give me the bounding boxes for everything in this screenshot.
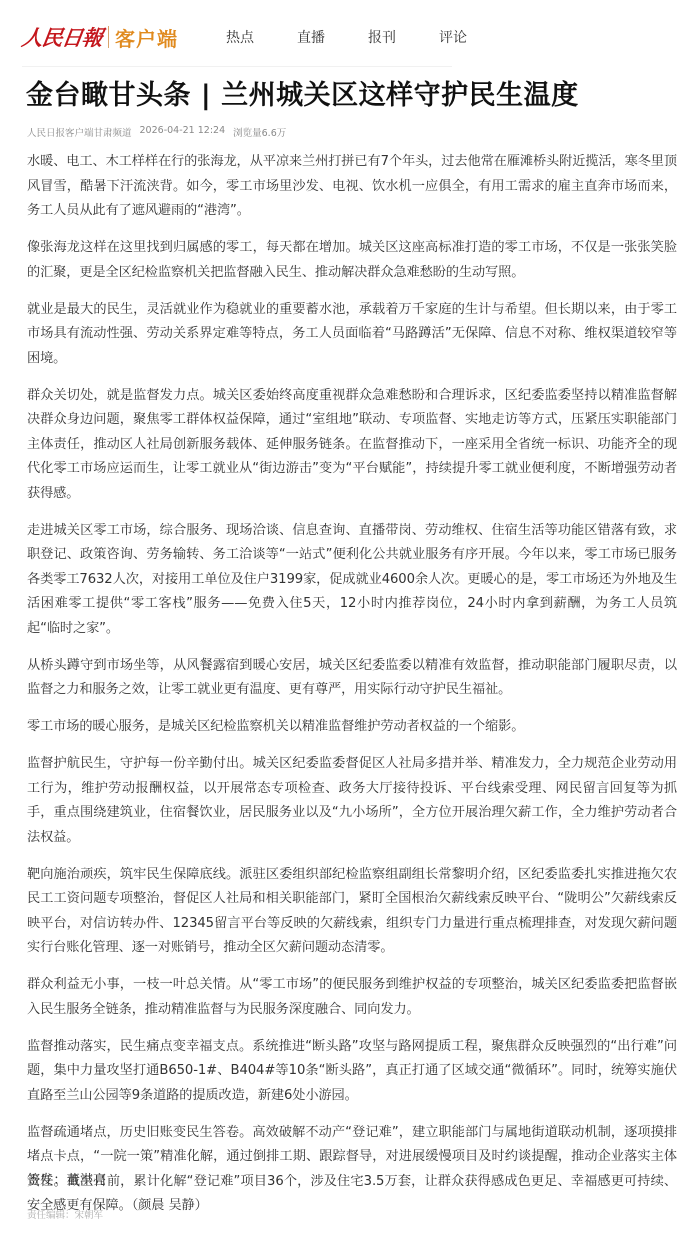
paragraph: 群众利益无小事，一枝一叶总关情。从“零工市场”的便民服务到维护权益的专项整治，城… [27,973,677,1022]
responsible-editor: 责任编辑：宋朝军 [27,1207,103,1221]
paragraph: 走进城关区零工市场，综合服务、现场洽谈、信息查询、直播带岗、劳动维权、住宿生活等… [27,519,677,642]
header-divider [22,66,452,67]
article-datetime: 2026-04-21 12:24 [140,125,226,139]
paragraph: 就业是最大的民生，灵活就业作为稳就业的重要蓄水池，承载着万千家庭的生计与希望。但… [27,298,677,372]
paragraph: 监督疏通堵点，历史旧账变民生答卷。高效破解不动产“登记难”，建立职能部门与属地街… [27,1121,677,1219]
paragraph: 靶向施治顽疾，筑牢民生保障底线。派驻区委组织部纪检监察组副组长常黎明介绍，区纪委… [27,863,677,961]
paragraph: 像张海龙这样在这里找到归属感的零工，每天都在增加。城关区这座高标准打造的零工市场… [27,236,677,285]
article-source[interactable]: 人民日报客户端甘肃频道 [27,125,132,139]
logo-divider [108,26,109,48]
logo-client-text: 客户端 [115,23,178,52]
logo-brand-text: 人民日報 [20,22,104,52]
article-meta: 人民日报客户端甘肃频道 2026-04-21 12:24 浏览量6.6万 [27,125,286,139]
article-body: 水暖、电工、木工样样在行的张海龙，从平凉来兰州打拼已有7个年头，过去他常在雁滩桥… [27,150,677,1231]
nav-item-newspaper[interactable]: 报刊 [368,27,396,47]
nav-item-hot[interactable]: 热点 [226,27,254,47]
paragraph: 从桥头蹲守到市场坐等，从风餐露宿到暖心安居，城关区纪委监委以精准有效监督，推动职… [27,654,677,703]
nav-item-live[interactable]: 直播 [297,27,325,47]
paragraph: 监督护航民生，守护每一份辛勤付出。城关区纪委监委督促区人社局多措并举、精准发力，… [27,752,677,850]
main-nav: 热点 直播 报刊 评论 [226,27,510,47]
article-title: 金台瞰甘头条 | 兰州城关区这样守护民生温度 [26,78,686,114]
paragraph: 零工市场的暖心服务，是城关区纪检监察机关以精准监督维护劳动者权益的一个缩影。 [27,715,677,740]
article-views: 浏览量6.6万 [233,125,286,139]
nav-item-comment[interactable]: 评论 [439,27,467,47]
site-logo[interactable]: 人民日報 客户端 [22,22,178,52]
sign-off: 签发：董洪亮 [27,1169,106,1188]
site-header: 人民日報 客户端 热点 直播 报刊 评论 [0,0,700,80]
paragraph: 监督推动落实，民生痛点变幸福支点。系统推进“断头路”攻坚与路网提质工程，聚焦群众… [27,1035,677,1109]
paragraph: 水暖、电工、木工样样在行的张海龙，从平凉来兰州打拼已有7个年头，过去他常在雁滩桥… [27,150,677,224]
paragraph: 群众关切处，就是监督发力点。城关区委始终高度重视群众急难愁盼和合理诉求，区纪委监… [27,384,677,507]
